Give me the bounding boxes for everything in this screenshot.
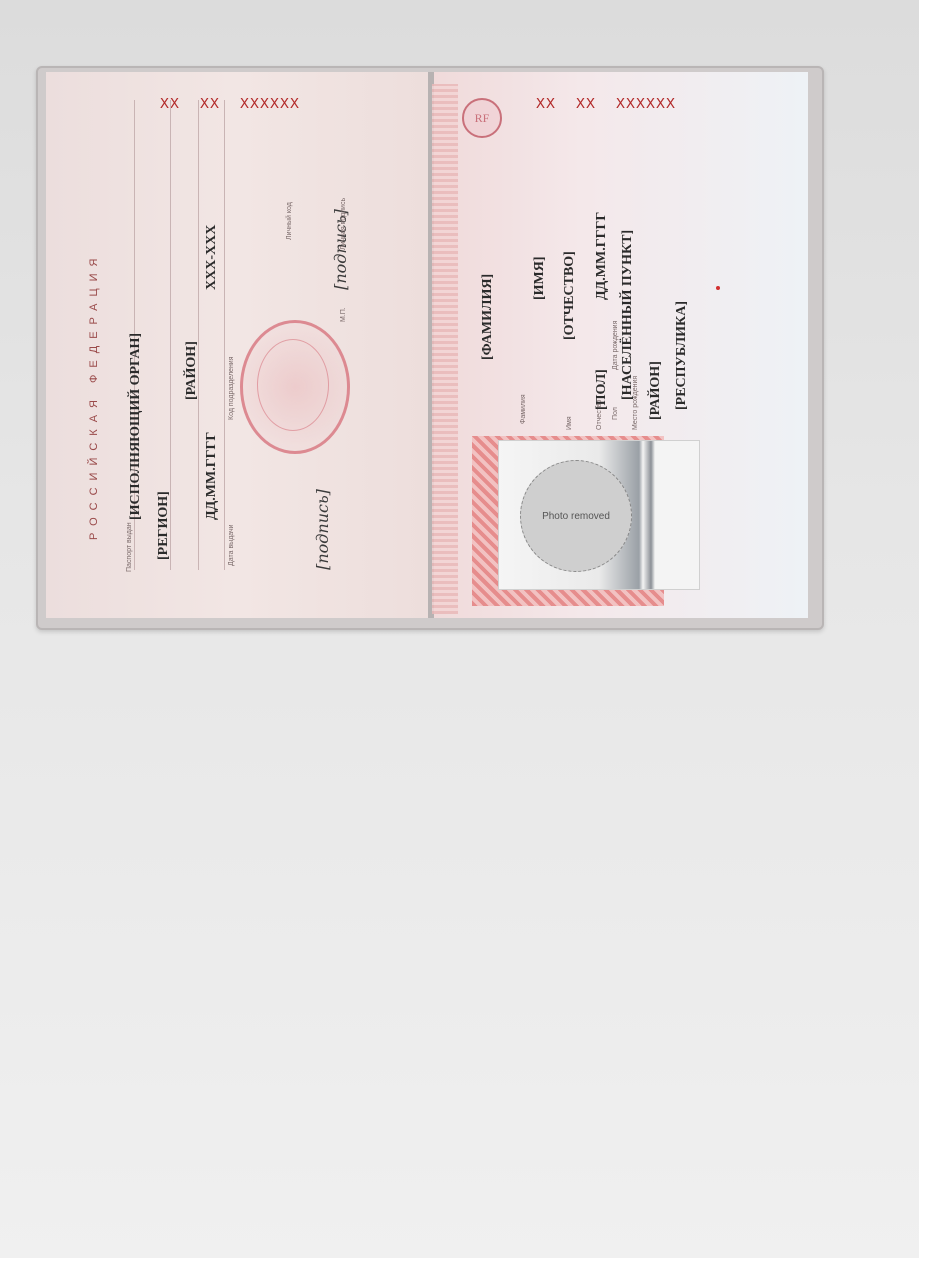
rule-line bbox=[198, 100, 199, 570]
right-serial-number: XX XX XXXXXX bbox=[536, 96, 676, 113]
issued-by-line1: [ИСПОЛНЯЮЩИЙ ОРГАН] bbox=[128, 333, 144, 520]
holder-signature-label: Личная подпись bbox=[340, 198, 347, 250]
surname-value: [ФАМИЛИЯ] bbox=[480, 274, 496, 360]
birth-date-label: Дата рождения bbox=[612, 321, 619, 370]
patronymic-value: [ОТЧЕСТВО] bbox=[562, 251, 578, 340]
seal-inner-ring bbox=[257, 339, 329, 431]
division-code-label: Код подразделения bbox=[228, 356, 235, 420]
issued-by-line3: [РАЙОН] bbox=[184, 341, 200, 400]
surname-label: Фамилия bbox=[520, 394, 527, 424]
name-value: [ИМЯ] bbox=[532, 256, 548, 300]
security-strip bbox=[432, 84, 458, 614]
name-label: Имя bbox=[566, 416, 573, 430]
birth-place-line1: [НАСЕЛЁННЫЙ ПУНКТ] bbox=[620, 230, 636, 400]
state-emblem-icon: RF bbox=[462, 98, 502, 138]
rule-line bbox=[224, 100, 225, 570]
sex-label: Пол bbox=[612, 407, 619, 420]
sex-value: [ПОЛ] bbox=[594, 369, 610, 410]
official-seal bbox=[240, 320, 350, 454]
left-page bbox=[46, 72, 428, 618]
left-serial-number: XX XX XXXXXX bbox=[160, 96, 300, 113]
seal-mark-label: М.П. bbox=[340, 307, 347, 322]
personal-code-label: Личный код bbox=[286, 202, 293, 240]
issue-date-value: ДД.ММ.ГГГГ bbox=[204, 432, 220, 520]
birth-date-value: ДД.ММ.ГГГГ bbox=[594, 212, 610, 300]
birth-place-line2: [РАЙОН] bbox=[648, 361, 664, 420]
issue-date-label: Дата выдачи bbox=[228, 524, 235, 566]
division-code-value: XXX-XXX bbox=[204, 225, 220, 290]
red-mark bbox=[716, 286, 720, 290]
scan-edge-right bbox=[919, 0, 929, 1280]
issued-by-label: Паспорт выдан bbox=[126, 522, 133, 572]
federation-header: РОССИЙСКАЯ ФЕДЕРАЦИЯ bbox=[88, 252, 100, 540]
official-signature: [подпись] bbox=[313, 489, 332, 570]
scan-edge-bottom bbox=[0, 1258, 929, 1280]
issued-by-line2: [РЕГИОН] bbox=[156, 491, 172, 560]
photo-redacted: Photo removed bbox=[520, 460, 632, 572]
birth-place-line3: [РЕСПУБЛИКА] bbox=[674, 301, 690, 410]
